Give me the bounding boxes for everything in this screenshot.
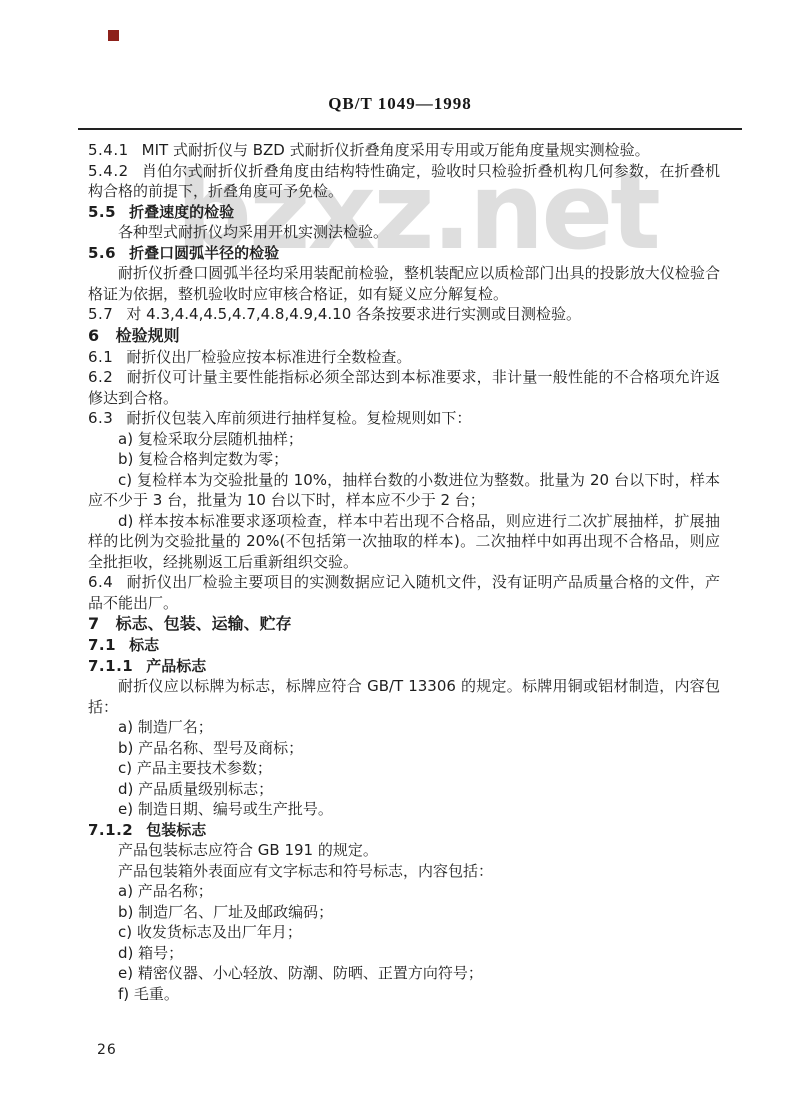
clause-text: b) 制造厂名、厂址及邮政编码； bbox=[118, 903, 333, 921]
paragraph: c) 产品主要技术参数； bbox=[88, 758, 720, 779]
clause-text: 耐折仪出厂检验主要项目的实测数据应记入随机文件，没有证明产品质量合格的文件，产品… bbox=[88, 573, 720, 612]
clause-text: MIT 式耐折仪与 BZD 式耐折仪折叠角度采用专用或万能角度量规实测检验。 bbox=[142, 141, 650, 159]
clause: 7.1标志 bbox=[88, 635, 720, 656]
clause: 6.4耐折仪出厂检验主要项目的实测数据应记入随机文件，没有证明产品质量合格的文件… bbox=[88, 572, 720, 613]
clause-text: 产品标志 bbox=[146, 657, 206, 675]
clause-text: 标志 bbox=[129, 636, 159, 654]
paragraph: d) 样本按本标准要求逐项检查，样本中若出现不合格品，则应进行二次扩展抽样，扩展… bbox=[88, 511, 720, 573]
clause-text: 各种型式耐折仪均采用开机实测法检验。 bbox=[118, 223, 388, 241]
paragraph: c) 收发货标志及出厂年月； bbox=[88, 922, 720, 943]
clause-text: 耐折仪出厂检验应按本标准进行全数检查。 bbox=[126, 348, 411, 366]
clause-text: 耐折仪折叠口圆弧半径均采用装配前检验，整机装配应以质检部门出具的投影放大仪检验合… bbox=[88, 264, 720, 303]
clause-text: 标志、包装、运输、贮存 bbox=[116, 614, 292, 633]
clause: 5.4.1MIT 式耐折仪与 BZD 式耐折仪折叠角度采用专用或万能角度量规实测… bbox=[88, 140, 720, 161]
clause-text: a) 制造厂名； bbox=[118, 718, 213, 736]
clause-text: 产品包装箱外表面应有文字标志和符号标志，内容包括： bbox=[118, 862, 493, 880]
clause-text: d) 样本按本标准要求逐项检查，样本中若出现不合格品，则应进行二次扩展抽样，扩展… bbox=[88, 512, 720, 571]
scanned-document-page: bzxz.net QB/T 1049—1998 5.4.1MIT 式耐折仪与 B… bbox=[0, 0, 800, 1110]
clause-text: 产品包装标志应符合 GB 191 的规定。 bbox=[118, 841, 378, 859]
clause-number: 7.1.2 bbox=[88, 820, 133, 841]
clause-text: e) 制造日期、编号或生产批号。 bbox=[118, 800, 333, 818]
clause-text: c) 收发货标志及出厂年月； bbox=[118, 923, 302, 941]
clause-text: 折叠口圆弧半径的检验 bbox=[129, 244, 279, 262]
clause-text: 肖伯尔式耐折仪折叠角度由结构特性确定，验收时只检验折叠机构几何参数，在折叠机构合… bbox=[88, 162, 720, 201]
clause-number: 7 bbox=[88, 613, 100, 635]
clause-number: 5.5 bbox=[88, 202, 116, 223]
clause: 5.5折叠速度的检验 bbox=[88, 202, 720, 223]
paragraph: e) 精密仪器、小心轻放、防潮、防晒、正置方向符号； bbox=[88, 963, 720, 984]
clause: 7.1.2包装标志 bbox=[88, 820, 720, 841]
clause: 5.7对 4.3,4.4,4.5,4.7,4.8,4.9,4.10 各条按要求进… bbox=[88, 304, 720, 325]
paragraph: a) 复检采取分层随机抽样； bbox=[88, 429, 720, 450]
paragraph: d) 箱号； bbox=[88, 943, 720, 964]
clause-text: 耐折仪可计量主要性能指标必须全部达到本标准要求，非计量一般性能的不合格项允许返修… bbox=[88, 368, 720, 407]
paragraph: b) 制造厂名、厂址及邮政编码； bbox=[88, 902, 720, 923]
clause-text: b) 产品名称、型号及商标； bbox=[118, 739, 303, 757]
clause-text: c) 复检样本为交验批量的 10%，抽样台数的小数进位为整数。批量为 20 台以… bbox=[88, 471, 720, 510]
clause-text: 折叠速度的检验 bbox=[129, 203, 234, 221]
clause-text: f) 毛重。 bbox=[118, 985, 179, 1003]
clause-number: 5.7 bbox=[88, 304, 113, 325]
clause-number: 7.1.1 bbox=[88, 656, 133, 677]
clause: 6.1耐折仪出厂检验应按本标准进行全数检查。 bbox=[88, 347, 720, 368]
clause: 7.1.1产品标志 bbox=[88, 656, 720, 677]
clause: 6.2耐折仪可计量主要性能指标必须全部达到本标准要求，非计量一般性能的不合格项允… bbox=[88, 367, 720, 408]
clause-text: a) 复检采取分层随机抽样； bbox=[118, 430, 303, 448]
clause-text: d) 箱号； bbox=[118, 944, 183, 962]
paragraph: d) 产品质量级别标志； bbox=[88, 779, 720, 800]
clause: 5.6折叠口圆弧半径的检验 bbox=[88, 243, 720, 264]
clause-number: 5.4.2 bbox=[88, 161, 129, 182]
paragraph: 产品包装箱外表面应有文字标志和符号标志，内容包括： bbox=[88, 861, 720, 882]
clause-text: a) 产品名称； bbox=[118, 882, 213, 900]
page-number: 26 bbox=[97, 1042, 117, 1058]
clause-number: 6.2 bbox=[88, 367, 113, 388]
clause-number: 6.4 bbox=[88, 572, 113, 593]
document-body: 5.4.1MIT 式耐折仪与 BZD 式耐折仪折叠角度采用专用或万能角度量规实测… bbox=[88, 140, 720, 1004]
paragraph: a) 产品名称； bbox=[88, 881, 720, 902]
section-heading: 6检验规则 bbox=[88, 325, 720, 347]
paragraph: f) 毛重。 bbox=[88, 984, 720, 1005]
clause-text: 对 4.3,4.4,4.5,4.7,4.8,4.9,4.10 各条按要求进行实测… bbox=[126, 305, 581, 323]
paragraph: e) 制造日期、编号或生产批号。 bbox=[88, 799, 720, 820]
paragraph: c) 复检样本为交验批量的 10%，抽样台数的小数进位为整数。批量为 20 台以… bbox=[88, 470, 720, 511]
clause-text: e) 精密仪器、小心轻放、防潮、防晒、正置方向符号； bbox=[118, 964, 483, 982]
clause-number: 6.3 bbox=[88, 408, 113, 429]
clause-text: d) 产品质量级别标志； bbox=[118, 780, 273, 798]
paragraph: 耐折仪折叠口圆弧半径均采用装配前检验，整机装配应以质检部门出具的投影放大仪检验合… bbox=[88, 263, 720, 304]
paragraph: 产品包装标志应符合 GB 191 的规定。 bbox=[88, 840, 720, 861]
standard-code-header: QB/T 1049—1998 bbox=[0, 94, 800, 114]
clause-text: 耐折仪包装入库前须进行抽样复检。复检规则如下： bbox=[126, 409, 471, 427]
header-divider-rule bbox=[78, 128, 742, 130]
clause-text: 包装标志 bbox=[146, 821, 206, 839]
section-heading: 7标志、包装、运输、贮存 bbox=[88, 613, 720, 635]
clause-number: 6.1 bbox=[88, 347, 113, 368]
clause: 6.3耐折仪包装入库前须进行抽样复检。复检规则如下： bbox=[88, 408, 720, 429]
clause: 5.4.2肖伯尔式耐折仪折叠角度由结构特性确定，验收时只检验折叠机构几何参数，在… bbox=[88, 161, 720, 202]
clause-number: 5.4.1 bbox=[88, 140, 129, 161]
clause-text: 检验规则 bbox=[116, 326, 180, 345]
clause-text: 耐折仪应以标牌为标志，标牌应符合 GB/T 13306 的规定。标牌用铜或铝材制… bbox=[88, 677, 720, 716]
clause-text: c) 产品主要技术参数； bbox=[118, 759, 272, 777]
paragraph: b) 复检合格判定数为零； bbox=[88, 449, 720, 470]
paragraph: 各种型式耐折仪均采用开机实测法检验。 bbox=[88, 222, 720, 243]
paragraph: a) 制造厂名； bbox=[88, 717, 720, 738]
paragraph: 耐折仪应以标牌为标志，标牌应符合 GB/T 13306 的规定。标牌用铜或铝材制… bbox=[88, 676, 720, 717]
clause-number: 5.6 bbox=[88, 243, 116, 264]
clause-text: b) 复检合格判定数为零； bbox=[118, 450, 288, 468]
clause-number: 6 bbox=[88, 325, 100, 347]
red-corner-mark bbox=[108, 30, 119, 41]
clause-number: 7.1 bbox=[88, 635, 116, 656]
paragraph: b) 产品名称、型号及商标； bbox=[88, 738, 720, 759]
